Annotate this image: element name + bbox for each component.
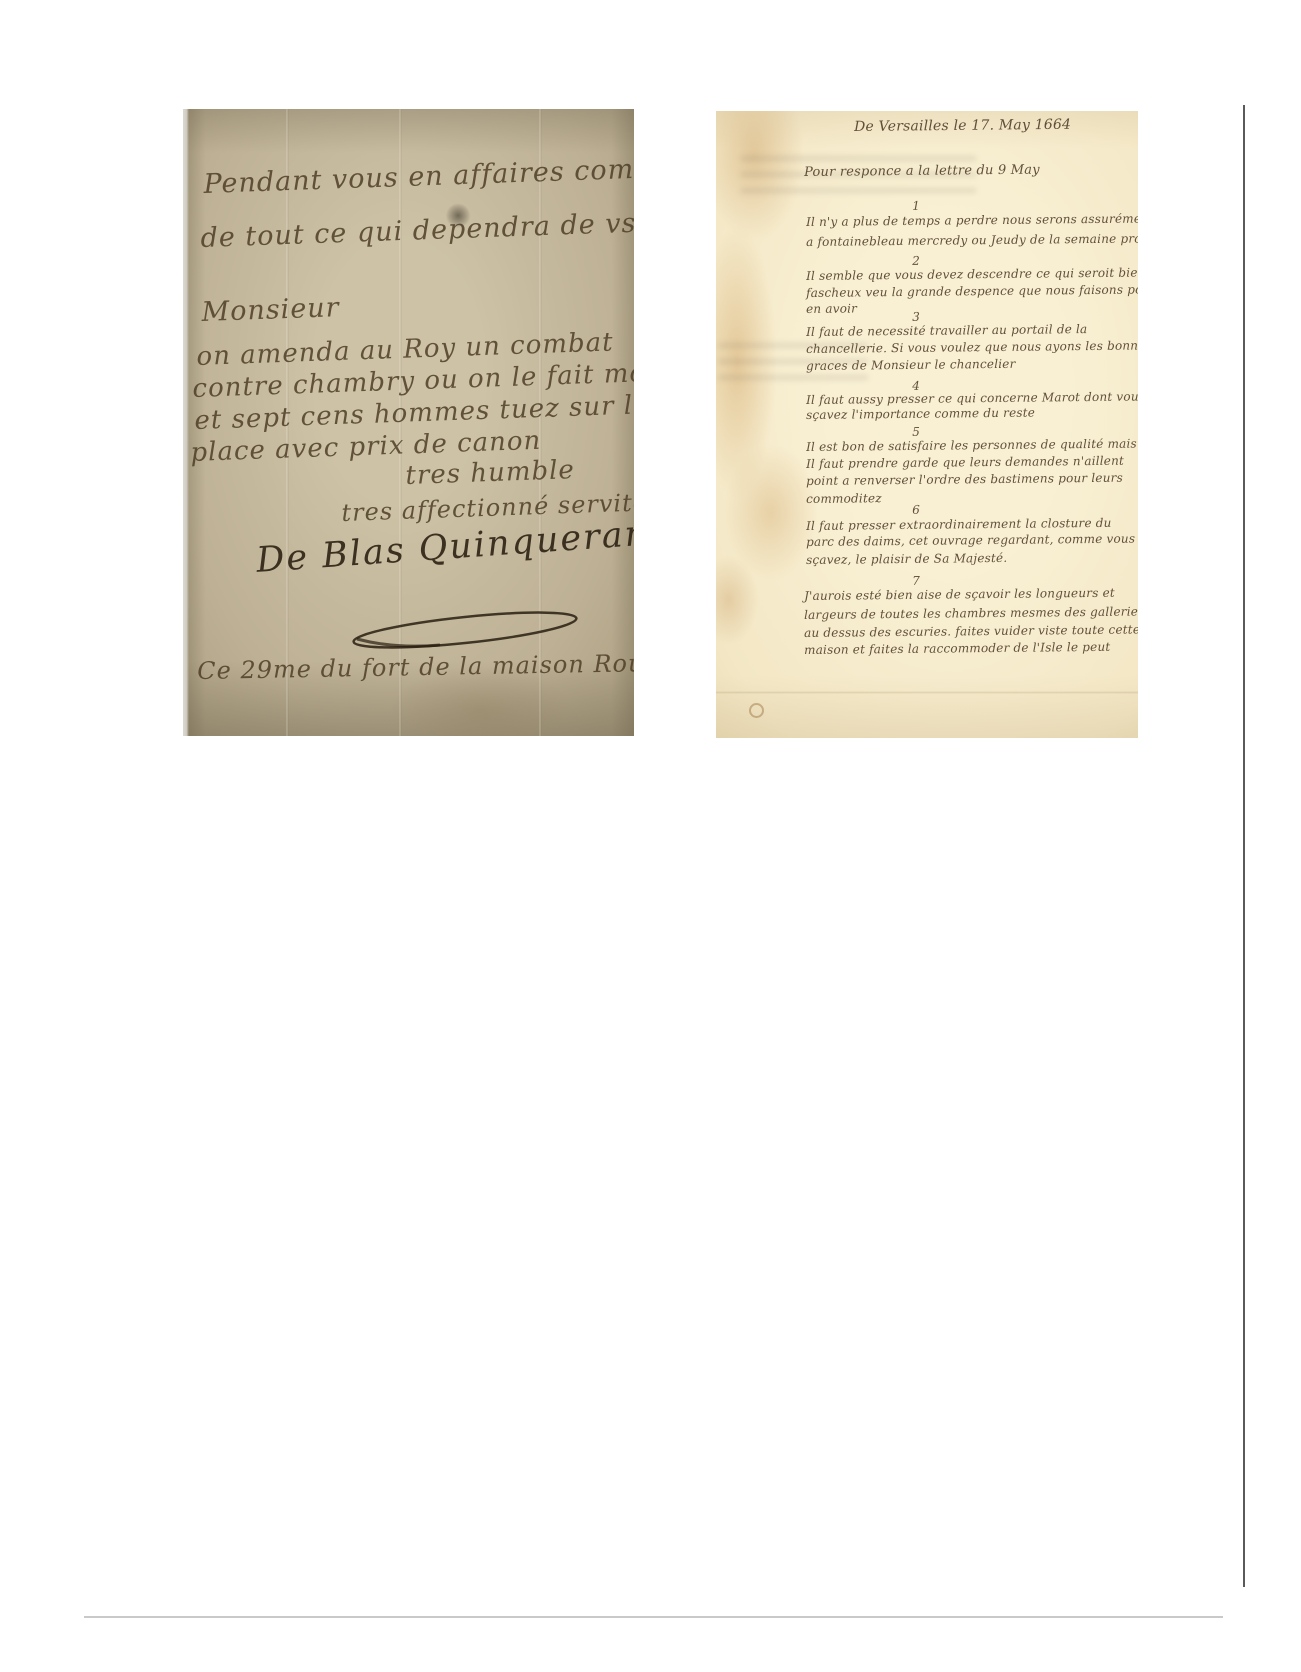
left-ms-line: tres humble: [405, 455, 575, 491]
right-ms-line: Il n'y a plus de temps a perdre nous ser…: [806, 211, 1138, 229]
item-number: 7: [896, 574, 936, 588]
manuscript-scan-left[interactable]: Pendant vous en affaires comme de tout c…: [183, 109, 634, 736]
right-ms-line: graces de Monsieur le chancelier: [806, 357, 1016, 373]
left-ms-line: Ce 29me du fort de la maison Rouge: [197, 649, 634, 685]
right-ms-line: point a renverser l'ordre des bastimens …: [806, 471, 1123, 488]
vertical-rule: [1243, 105, 1245, 1587]
right-ms-line: J'aurois esté bien aise de sçavoir les l…: [804, 586, 1115, 603]
ring-stain: [749, 703, 764, 718]
date-header: De Versailles le 17. May 1664: [854, 117, 1071, 135]
signature: De Blas Quinqueran: [255, 514, 634, 581]
right-ms-line: chancellerie. Si vous voulez que nous ay…: [806, 338, 1138, 356]
right-ms-line: Il semble que vous devez descendre ce qu…: [806, 265, 1138, 283]
right-ms-line: fascheux veu la grande despence que nous…: [806, 282, 1138, 300]
right-ms-line: Il faut presser extraordinairement la cl…: [806, 516, 1112, 533]
right-ms-line: parc des daims, cet ouvrage regardant, c…: [806, 532, 1135, 549]
right-ms-line: Il faut aussy presser ce qui concerne Ma…: [806, 389, 1138, 407]
paper-edge: [183, 109, 189, 736]
fold-crease: [716, 691, 1138, 694]
left-ms-line: Pendant vous en affaires comme: [203, 152, 634, 200]
right-ms-line: sçavez, le plaisir de Sa Majesté.: [806, 551, 1007, 567]
right-ms-line: largeurs de toutes les chambres mesmes d…: [804, 604, 1138, 622]
right-ms-line: Il faut de necessité travailler au porta…: [806, 322, 1087, 339]
right-ms-line: au dessus des escuries. faites vuider vi…: [804, 622, 1138, 640]
subject-line: Pour responce a la lettre du 9 May: [804, 163, 1040, 180]
signature-flourish: [345, 605, 585, 655]
right-ms-line: maison et faites la raccommoder de l'Isl…: [804, 640, 1110, 657]
right-ms-line: Il faut prendre garde que leurs demandes…: [806, 454, 1124, 471]
horizontal-rule: [84, 1616, 1223, 1618]
item-number: 1: [896, 199, 936, 213]
right-ms-line: a fontainebleau mercredy ou Jeudy de la …: [806, 231, 1138, 249]
item-number: 6: [896, 503, 936, 517]
item-number: 2: [896, 254, 936, 268]
manuscript-scan-right[interactable]: De Versailles le 17. May 1664 Pour respo…: [716, 111, 1138, 738]
right-ms-line: sçavez l'importance comme du reste: [806, 406, 1035, 422]
right-ms-line: Il est bon de satisfaire les personnes d…: [806, 437, 1137, 454]
left-ms-line: Monsieur: [201, 292, 340, 328]
right-ms-line: en avoir: [806, 301, 857, 316]
item-number: 5: [896, 425, 936, 439]
left-ms-line: de tout ce qui dependra de vs: [200, 208, 634, 254]
item-number: 3: [896, 310, 936, 324]
right-ms-line: commoditez: [806, 491, 882, 506]
